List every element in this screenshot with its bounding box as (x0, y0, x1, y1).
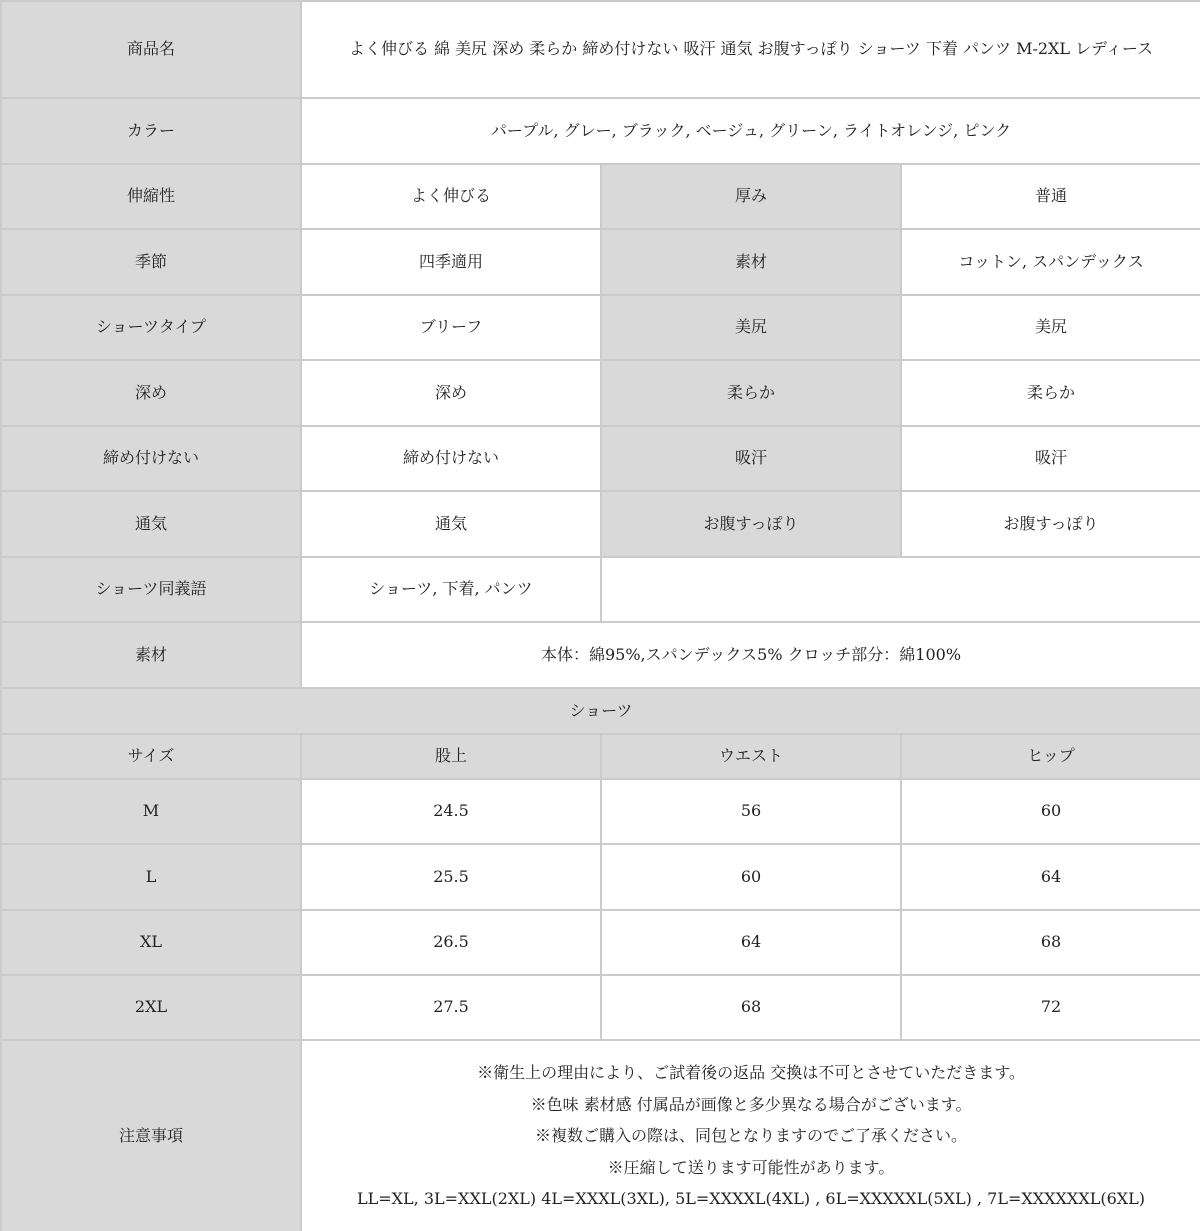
synonyms-label: ショーツ同義語 (1, 557, 301, 622)
attribute-label: 季節 (1, 229, 301, 295)
size-rise: 25.5 (301, 844, 601, 910)
attribute-value: 柔らか (901, 360, 1200, 426)
attribute-label: 伸縮性 (1, 164, 301, 229)
size-row: L 25.5 60 64 (1, 844, 1200, 910)
product-name-value: よく伸びる 綿 美尻 深め 柔らか 締め付けない 吸汗 通気 お腹すっぽり ショ… (301, 1, 1200, 98)
size-name: L (1, 844, 301, 910)
size-waist: 60 (601, 844, 901, 910)
attribute-label: 素材 (601, 229, 901, 295)
size-name: XL (1, 910, 301, 975)
color-row: カラー パープル, グレー, ブラック, ベージュ, グリーン, ライトオレンジ… (1, 98, 1200, 164)
size-name: 2XL (1, 975, 301, 1040)
notes-label: 注意事項 (1, 1040, 301, 1231)
size-hip: 60 (901, 779, 1200, 844)
product-name-label: 商品名 (1, 1, 301, 98)
attribute-value: 四季適用 (301, 229, 601, 295)
color-label: カラー (1, 98, 301, 164)
note-line: ※圧縮して送ります可能性があります。 (308, 1152, 1194, 1184)
attribute-value: 締め付けない (301, 426, 601, 491)
notes-content: ※衛生上の理由により、ご試着後の返品 交換は不可とさせていただきます。 ※色味 … (301, 1040, 1200, 1231)
size-header-rise: 股上 (301, 734, 601, 779)
size-row: M 24.5 56 60 (1, 779, 1200, 844)
attribute-label: 美尻 (601, 295, 901, 360)
synonyms-value: ショーツ, 下着, パンツ (301, 557, 601, 622)
synonyms-row: ショーツ同義語 ショーツ, 下着, パンツ (1, 557, 1200, 622)
size-hip: 72 (901, 975, 1200, 1040)
attribute-label: 締め付けない (1, 426, 301, 491)
attribute-row: ショーツタイプ ブリーフ 美尻 美尻 (1, 295, 1200, 360)
attribute-label: 厚み (601, 164, 901, 229)
note-line: ※複数ご購入の際は、同包となりますのでご了承ください。 (308, 1120, 1194, 1152)
size-header-waist: ウエスト (601, 734, 901, 779)
size-hip: 64 (901, 844, 1200, 910)
size-rise: 26.5 (301, 910, 601, 975)
attribute-row: 通気 通気 お腹すっぽり お腹すっぽり (1, 491, 1200, 557)
material-label: 素材 (1, 622, 301, 688)
size-hip: 68 (901, 910, 1200, 975)
material-row: 素材 本体：綿95%,スパンデックス5% クロッチ部分：綿100% (1, 622, 1200, 688)
attribute-value: 美尻 (901, 295, 1200, 360)
size-table-title-row: ショーツ (1, 688, 1200, 734)
size-rise: 24.5 (301, 779, 601, 844)
size-header-hip: ヒップ (901, 734, 1200, 779)
attribute-label: 吸汗 (601, 426, 901, 491)
material-value: 本体：綿95%,スパンデックス5% クロッチ部分：綿100% (301, 622, 1200, 688)
product-name-row: 商品名 よく伸びる 綿 美尻 深め 柔らか 締め付けない 吸汗 通気 お腹すっぽ… (1, 1, 1200, 98)
size-header-size: サイズ (1, 734, 301, 779)
attribute-row: 締め付けない 締め付けない 吸汗 吸汗 (1, 426, 1200, 491)
attribute-row: 季節 四季適用 素材 コットン, スパンデックス (1, 229, 1200, 295)
attribute-value: お腹すっぽり (901, 491, 1200, 557)
attribute-row: 伸縮性 よく伸びる 厚み 普通 (1, 164, 1200, 229)
size-waist: 64 (601, 910, 901, 975)
product-spec-table: 商品名 よく伸びる 綿 美尻 深め 柔らか 締め付けない 吸汗 通気 お腹すっぽ… (0, 0, 1200, 1231)
attribute-label: ショーツタイプ (1, 295, 301, 360)
color-value: パープル, グレー, ブラック, ベージュ, グリーン, ライトオレンジ, ピン… (301, 98, 1200, 164)
size-header-row: サイズ 股上 ウエスト ヒップ (1, 734, 1200, 779)
note-line: ※衛生上の理由により、ご試着後の返品 交換は不可とさせていただきます。 (308, 1057, 1194, 1089)
attribute-value: 深め (301, 360, 601, 426)
size-row: 2XL 27.5 68 72 (1, 975, 1200, 1040)
note-line: ※色味 素材感 付属品が画像と多少異なる場合がございます。 (308, 1089, 1194, 1121)
attribute-value: よく伸びる (301, 164, 601, 229)
attribute-value: コットン, スパンデックス (901, 229, 1200, 295)
attribute-label: 深め (1, 360, 301, 426)
attribute-label: お腹すっぽり (601, 491, 901, 557)
note-line: LL=XL, 3L=XXL(2XL) 4L=XXXL(3XL), 5L=XXXX… (308, 1183, 1194, 1215)
empty-cell (601, 557, 1200, 622)
attribute-label: 柔らか (601, 360, 901, 426)
size-rise: 27.5 (301, 975, 601, 1040)
attribute-label: 通気 (1, 491, 301, 557)
attribute-value: 普通 (901, 164, 1200, 229)
size-waist: 68 (601, 975, 901, 1040)
size-name: M (1, 779, 301, 844)
notes-row: 注意事項 ※衛生上の理由により、ご試着後の返品 交換は不可とさせていただきます。… (1, 1040, 1200, 1231)
attribute-value: ブリーフ (301, 295, 601, 360)
size-row: XL 26.5 64 68 (1, 910, 1200, 975)
size-table-title: ショーツ (1, 688, 1200, 734)
attribute-value: 吸汗 (901, 426, 1200, 491)
size-waist: 56 (601, 779, 901, 844)
attribute-row: 深め 深め 柔らか 柔らか (1, 360, 1200, 426)
attribute-value: 通気 (301, 491, 601, 557)
